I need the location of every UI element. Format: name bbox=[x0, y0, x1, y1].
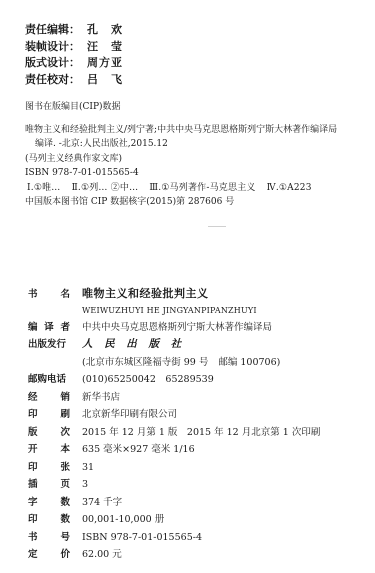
label-char: 印 bbox=[28, 459, 38, 473]
label-char: 数 bbox=[60, 494, 70, 508]
cip-class-3: Ⅲ.①马列著作-马克思主义 bbox=[149, 183, 255, 193]
publisher-address: (北京市东城区隆福寺街 99 号 邮编 100706) bbox=[28, 354, 320, 372]
colophon-label: 定价 bbox=[28, 546, 82, 560]
label-char: 页 bbox=[60, 476, 70, 490]
isbn-value: ISBN 978-7-01-015565-4 bbox=[82, 532, 202, 543]
wordcount-value: 374 千字 bbox=[82, 494, 122, 508]
label-char: 印 bbox=[28, 406, 38, 420]
sheets-value: 31 bbox=[82, 462, 94, 473]
credit-name: 孔 欢 bbox=[87, 22, 123, 39]
colophon-row-edition: 版次 2015 年 12 月第 1 版 2015 年 12 月北京第 1 次印刷 bbox=[28, 424, 320, 442]
label-char: 编 bbox=[28, 319, 38, 333]
colophon-block: 书 名 唯物主义和经验批判主义 WEIWUZHUYI HE JINGYANPIP… bbox=[28, 285, 320, 564]
label-char: 出版发行 bbox=[28, 336, 66, 350]
publisher-logo: 人 民 出 版 社 bbox=[82, 336, 185, 351]
colophon-label: 印刷 bbox=[28, 406, 82, 420]
label-char: 销 bbox=[60, 389, 70, 403]
colophon-row-inserts: 插页 3 bbox=[28, 476, 320, 494]
cip-line-1: 唯物主义和经验批判主义/列宁著;中共中央马克思恩格斯列宁斯大林著作编译局 bbox=[25, 123, 370, 138]
label-char: 插 bbox=[28, 476, 38, 490]
label-char: 价 bbox=[60, 546, 70, 560]
cip-data-block: 图书在版编目(CIP)数据 唯物主义和经验批判主义/列宁著;中共中央马克思恩格斯… bbox=[25, 100, 370, 210]
colophon-label: 编 译 者 bbox=[28, 319, 82, 333]
colophon-row-translator: 编 译 者 中共中央马克思恩格斯列宁斯大林著作编译局 bbox=[28, 319, 320, 337]
address-postcode: 邮编 100706) bbox=[218, 354, 280, 368]
cip-isbn: ISBN 978-7-01-015565-4 bbox=[25, 166, 370, 181]
cip-title: 图书在版编目(CIP)数据 bbox=[25, 100, 370, 115]
label-char: 邮购电话 bbox=[28, 371, 66, 385]
colophon-label: 书 名 bbox=[28, 286, 82, 300]
label-char: 书 bbox=[28, 286, 38, 300]
colophon-label: 印张 bbox=[28, 459, 82, 473]
book-title-pinyin: WEIWUZHUYI HE JINGYANPIPANZHUYI bbox=[28, 303, 320, 319]
cip-check-number: 中国版本图书馆 CIP 数据核字(2015)第 287606 号 bbox=[25, 195, 370, 210]
label-char: 定 bbox=[28, 546, 38, 560]
print-run-value: 00,001-10,000 册 bbox=[82, 511, 164, 525]
credit-role: 责任编辑： bbox=[25, 22, 87, 39]
label-char: 次 bbox=[60, 424, 70, 438]
divider-mark bbox=[208, 226, 226, 227]
label-char: 字 bbox=[28, 494, 38, 508]
colophon-label: 版次 bbox=[28, 424, 82, 438]
credit-name: 周方亚 bbox=[87, 55, 123, 72]
credits-block: 责任编辑： 孔 欢 装帧设计： 汪 莹 版式设计： 周方亚 责任校对： 吕 飞 bbox=[25, 22, 123, 88]
colophon-row-title: 书 名 唯物主义和经验批判主义 bbox=[28, 285, 320, 303]
price-value: 62.00 元 bbox=[82, 546, 122, 560]
translator-value: 中共中央马克思恩格斯列宁斯大林著作编译局 bbox=[82, 319, 272, 333]
credit-layout-design: 版式设计： 周方亚 bbox=[25, 55, 123, 72]
colophon-label: 出版发行 bbox=[28, 336, 82, 350]
label-char: 书 bbox=[28, 529, 38, 543]
colophon-label: 印数 bbox=[28, 511, 82, 525]
label-char: 经 bbox=[28, 389, 38, 403]
book-title: 唯物主义和经验批判主义 bbox=[82, 285, 209, 301]
colophon-row-format: 开本 635 毫米×927 毫米 1/16 bbox=[28, 441, 320, 459]
colophon-label: 邮购电话 bbox=[28, 371, 82, 385]
credit-role: 装帧设计： bbox=[25, 39, 87, 56]
colophon-row-publisher: 出版发行 人 民 出 版 社 bbox=[28, 336, 320, 354]
cip-line-2: 编译. -北京:人民出版社,2015.12 bbox=[25, 137, 370, 152]
phone-value: (010)65250042 65289539 bbox=[82, 371, 214, 385]
colophon-label: 开本 bbox=[28, 441, 82, 455]
format-value: 635 毫米×927 毫米 1/16 bbox=[82, 441, 195, 455]
colophon-label: 经销 bbox=[28, 389, 82, 403]
label-char: 者 bbox=[60, 319, 70, 333]
label-char: 译 bbox=[44, 319, 54, 333]
colophon-row-print-run: 印数 00,001-10,000 册 bbox=[28, 511, 320, 529]
cip-class-2: Ⅱ.①列… ②中… bbox=[72, 183, 139, 193]
colophon-row-phone: 邮购电话 (010)65250042 65289539 bbox=[28, 371, 320, 389]
cip-series: (马列主义经典作家文库) bbox=[25, 152, 370, 167]
distributor-value: 新华书店 bbox=[82, 389, 120, 403]
cip-classification: Ⅰ.①唯… Ⅱ.①列… ②中… Ⅲ.①马列著作-马克思主义 Ⅳ.①A223 bbox=[25, 181, 370, 196]
label-char: 开 bbox=[28, 441, 38, 455]
credit-cover-design: 装帧设计： 汪 莹 bbox=[25, 39, 123, 56]
label-char: 本 bbox=[60, 441, 70, 455]
credit-role: 责任校对： bbox=[25, 72, 87, 89]
label-char: 名 bbox=[60, 286, 70, 300]
colophon-label: 书号 bbox=[28, 529, 82, 543]
credit-proofreader: 责任校对： 吕 飞 bbox=[25, 72, 123, 89]
colophon-label: 字数 bbox=[28, 494, 82, 508]
label-char: 版 bbox=[28, 424, 38, 438]
colophon-row-price: 定价 62.00 元 bbox=[28, 546, 320, 564]
cip-class-1: Ⅰ.①唯… bbox=[27, 183, 61, 193]
colophon-row-isbn: 书号 ISBN 978-7-01-015565-4 bbox=[28, 529, 320, 547]
label-char: 刷 bbox=[60, 406, 70, 420]
credit-name: 汪 莹 bbox=[87, 39, 123, 56]
colophon-row-distributor: 经销 新华书店 bbox=[28, 389, 320, 407]
colophon-row-wordcount: 字数 374 千字 bbox=[28, 494, 320, 512]
printer-value: 北京新华印刷有限公司 bbox=[82, 406, 177, 420]
colophon-row-sheets: 印张 31 bbox=[28, 459, 320, 477]
label-char: 张 bbox=[60, 459, 70, 473]
colophon-row-printer: 印刷 北京新华印刷有限公司 bbox=[28, 406, 320, 424]
colophon-label: 插页 bbox=[28, 476, 82, 490]
edition-value: 2015 年 12 月第 1 版 2015 年 12 月北京第 1 次印刷 bbox=[82, 424, 320, 438]
address-street: (北京市东城区隆福寺街 99 号 bbox=[82, 354, 208, 368]
label-char: 印 bbox=[28, 511, 38, 525]
cip-class-4: Ⅳ.①A223 bbox=[267, 183, 312, 193]
label-char: 数 bbox=[60, 511, 70, 525]
credit-name: 吕 飞 bbox=[87, 72, 123, 89]
inserts-value: 3 bbox=[82, 479, 88, 490]
credit-editor: 责任编辑： 孔 欢 bbox=[25, 22, 123, 39]
label-char: 号 bbox=[60, 529, 70, 543]
credit-role: 版式设计： bbox=[25, 55, 87, 72]
